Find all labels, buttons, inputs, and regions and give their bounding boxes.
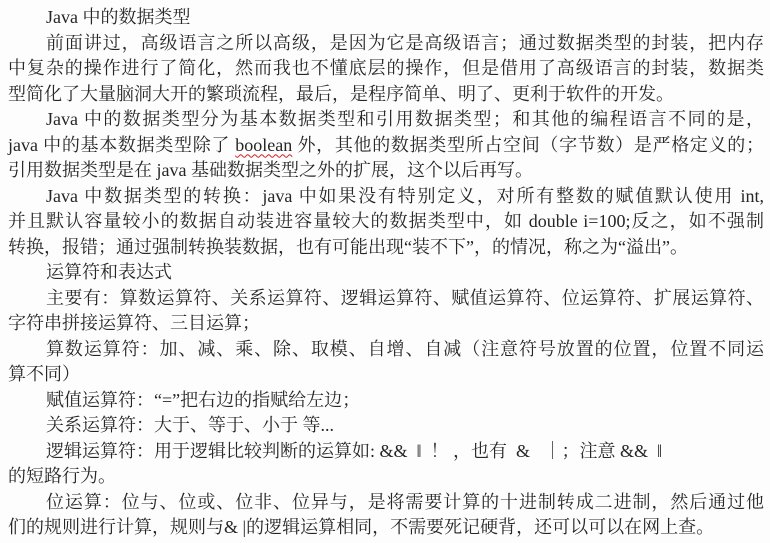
- text-run: Java 中的数据类型分为基本数据类型和引用数据类型；和其他的编程语言不同的是，: [46, 109, 764, 129]
- text-line: 的短路行为。: [8, 464, 764, 490]
- text-line: 并且默认容量较小的数据自动装进容量较大的数据类型中，如 double i=100…: [8, 209, 764, 235]
- text-line: 位运算：位与、位或、位非、位异与，是将需要计算的十进制转成二进制，然后通过他: [8, 490, 764, 516]
- text-line: 字符串拼接运算符、三目运算；: [8, 311, 764, 337]
- text-run: 字符串拼接运算符、三目运算；: [8, 313, 260, 333]
- text-line: 型简化了大量脑洞大开的繁琐流程，最后，是程序简单、明了、更利于软件的开发。: [8, 82, 764, 108]
- text-run: 引用数据类型是在 java 基础数据类型之外的扩展，这个以后再写。: [8, 160, 533, 180]
- text-line: 引用数据类型是在 java 基础数据类型之外的扩展，这个以后再写。: [8, 158, 764, 184]
- document-page: Java 中的数据类型前面讲过，高级语言之所以高级，是因为它是高级语言；通过数据…: [0, 0, 770, 543]
- text-line: 转换，报错；通过强制转换装数据，也有可能出现“装不下”，的情况，称之为“溢出”。: [8, 235, 764, 261]
- text-run: 转换，报错；通过强制转换装数据，也有可能出现“装不下”，的情况，称之为“溢出”。: [8, 237, 688, 257]
- text-run: 位运算：位与、位或、位非、位异与，是将需要计算的十进制转成二进制，然后通过他: [46, 492, 764, 512]
- text-line: 赋值运算符：“=”把右边的指赋给左边；: [8, 388, 764, 414]
- text-line: 中复杂的操作进行了简化，然而我也不懂底层的操作，但是借用了高级语言的封装，数据类: [8, 56, 764, 82]
- text-run: 算数运算符：加、减、乘、除、取模、自增、自减（注意符号放置的位置，位置不同运: [46, 339, 764, 359]
- text-run: 型简化了大量脑洞大开的繁琐流程，最后，是程序简单、明了、更利于软件的开发。: [8, 84, 674, 104]
- document-text: Java 中的数据类型前面讲过，高级语言之所以高级，是因为它是高级语言；通过数据…: [0, 0, 770, 541]
- text-run: 前面讲过，高级语言之所以高级，是因为它是高级语言；通过数据类型的封装，把内存: [46, 33, 764, 53]
- text-run: Java 中数据类型的转换：java 中如果没有特别定义，对所有整数的赋值默认使…: [46, 186, 764, 206]
- text-line: 算数运算符：加、减、乘、除、取模、自增、自减（注意符号放置的位置，位置不同运: [8, 337, 764, 363]
- text-run: 逻辑运算符：用于逻辑比较判断的运算如: && ‖ ！ ，也有 & ｜；注意 &&…: [46, 441, 662, 461]
- text-run: 主要有：算数运算符、关系运算符、逻辑运算符、赋值运算符、位运算符、扩展运算符、: [46, 288, 764, 308]
- text-run: java 中的基本数据类型除了: [8, 135, 235, 155]
- text-run: 关系运算符：大于、等于、小于 等...: [46, 415, 334, 435]
- text-line: 们的规则进行计算，规则与& |的逻辑运算相同，不需要死记硬背，还可以可以在网上查…: [8, 515, 764, 541]
- text-line: 算不同）: [8, 362, 764, 388]
- text-run: 外，其他的数据类型所占空间（字节数）是严格定义的；: [292, 135, 764, 155]
- text-run: 并且默认容量较小的数据自动装进容量较大的数据类型中，如 double i=100…: [8, 211, 764, 231]
- text-run: 的短路行为。: [8, 466, 116, 486]
- text-line: 关系运算符：大于、等于、小于 等...: [8, 413, 764, 439]
- text-line: java 中的基本数据类型除了 boolean 外，其他的数据类型所占空间（字节…: [8, 133, 764, 159]
- misspelled-word: boolean: [235, 135, 292, 155]
- text-run: Java 中的数据类型: [46, 7, 190, 27]
- text-line: Java 中数据类型的转换：java 中如果没有特别定义，对所有整数的赋值默认使…: [8, 184, 764, 210]
- text-run: 运算符和表达式: [46, 262, 172, 282]
- text-line: 主要有：算数运算符、关系运算符、逻辑运算符、赋值运算符、位运算符、扩展运算符、: [8, 286, 764, 312]
- text-line: Java 中的数据类型分为基本数据类型和引用数据类型；和其他的编程语言不同的是，: [8, 107, 764, 133]
- text-line: 前面讲过，高级语言之所以高级，是因为它是高级语言；通过数据类型的封装，把内存: [8, 31, 764, 57]
- text-run: 赋值运算符：“=”把右边的指赋给左边；: [46, 390, 360, 410]
- text-run: 中复杂的操作进行了简化，然而我也不懂底层的操作，但是借用了高级语言的封装，数据类: [8, 58, 764, 78]
- text-run: 算不同）: [8, 364, 80, 384]
- text-line: 逻辑运算符：用于逻辑比较判断的运算如: && ‖ ！ ，也有 & ｜；注意 &&…: [8, 439, 764, 465]
- text-run: 们的规则进行计算，规则与& |的逻辑运算相同，不需要死记硬背，还可以可以在网上查…: [8, 517, 714, 537]
- text-line: 运算符和表达式: [8, 260, 764, 286]
- text-line: Java 中的数据类型: [8, 5, 764, 31]
